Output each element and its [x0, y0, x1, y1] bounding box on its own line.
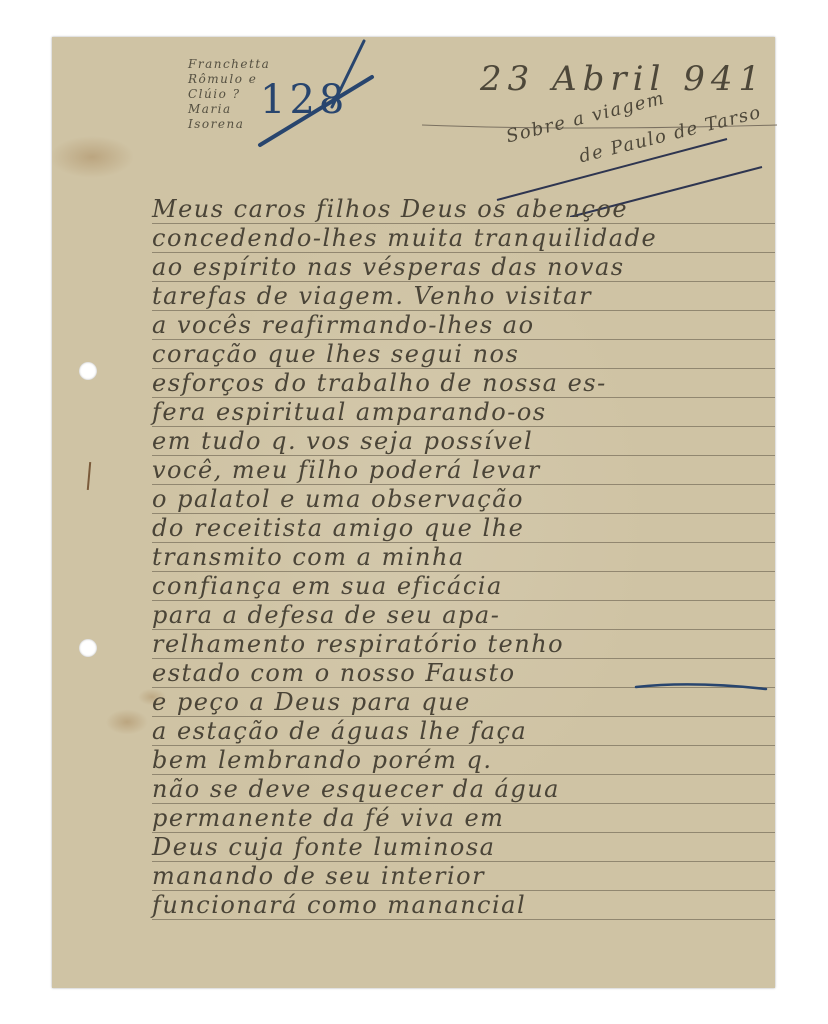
letter-date: 23 Abril 941	[480, 59, 766, 99]
ruled-line	[152, 919, 775, 920]
blue-underline-mark	[632, 677, 772, 697]
letter-line: manando de seu interior	[152, 862, 485, 890]
letter-line: você, meu filho poderá levar	[152, 456, 541, 484]
letter-line: concedendo-lhes muita tranquilidade	[152, 224, 657, 252]
letter-line: para a defesa de seu apa-	[152, 601, 500, 629]
letter-line: tarefas de viagem. Venho visitar	[152, 282, 592, 310]
letter-line: a estação de águas lhe faça	[152, 717, 527, 745]
letter-line: não se deve esquecer da água	[152, 775, 560, 803]
letter-line: o palatol e uma observação	[152, 485, 524, 513]
letter-line: funcionará como manancial	[152, 891, 526, 919]
letter-line: bem lembrando porém q.	[152, 746, 493, 774]
binder-hole-bottom	[79, 639, 97, 657]
letter-line: a vocês reafirmando-lhes ao	[152, 311, 535, 339]
letter-line: fera espiritual amparando-os	[152, 398, 547, 426]
letter-line: e peço a Deus para que	[152, 688, 471, 716]
letter-line: coração que lhes segui nos	[152, 340, 519, 368]
letter-line: permanente da fé viva em	[152, 804, 504, 832]
folio-strike-icon	[252, 37, 382, 157]
binder-hole-top	[79, 362, 97, 380]
letter-line: Meus caros filhos Deus os abençoe	[152, 195, 628, 223]
letter-line: Deus cuja fonte luminosa	[152, 833, 496, 861]
letter-line: em tudo q. vos seja possível	[152, 427, 533, 455]
letter-line: transmito com a minha	[152, 543, 465, 571]
paper-mark	[87, 462, 91, 490]
letter-line: esforços do trabalho de nossa es-	[152, 369, 607, 397]
letter-line: confiança em sua eficácia	[152, 572, 503, 600]
letter-line: do receitista amigo que lhe	[152, 514, 524, 542]
letter-line: estado com o nosso Fausto	[152, 659, 516, 687]
letter-line: ao espírito nas vésperas das novas	[152, 253, 625, 281]
letter-page: Franchetta Rômulo e Clúio ? Maria Isoren…	[52, 37, 775, 988]
letter-line: relhamento respiratório tenho	[152, 630, 564, 658]
